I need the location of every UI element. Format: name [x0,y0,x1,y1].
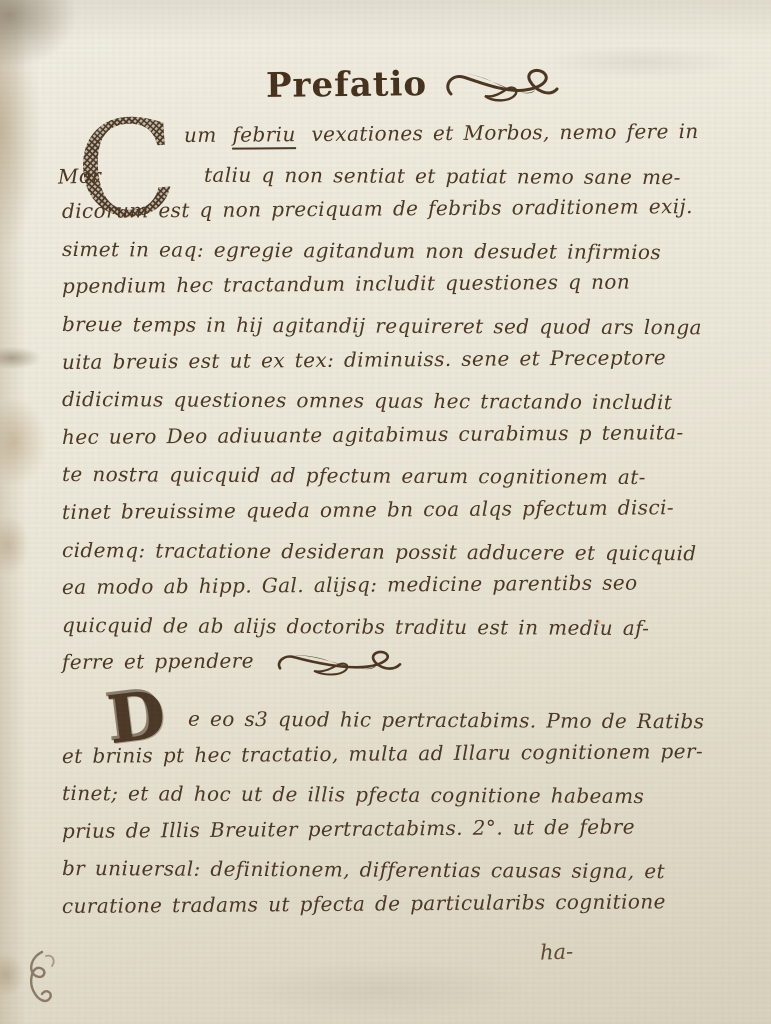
paragraph-prefatio-body: C Mor um febriu vexationes et Morbos, ne… [62,118,722,682]
manuscript-line: ppendium hec tractandum includit questio… [62,263,722,306]
underlined-word: febriu [232,122,295,149]
manuscript-page: Prefatio C Mor um febriu vexationes et M… [0,0,771,1024]
knot-flourish-icon [441,62,561,108]
manuscript-line: dicorum est q non preciquam de febribs o… [62,188,722,231]
manuscript-line: hec uero Deo adiuuante agitabimus curabi… [62,414,722,457]
corner-scribble-mark [22,948,64,1012]
title-row: Prefatio [266,62,561,108]
page-title: Prefatio [266,64,427,106]
line-text: um [184,123,227,147]
knot-flourish-small-icon [274,645,404,678]
manuscript-line: ea modo ab hipp. Gal. alijsq: medicine p… [62,564,722,607]
manuscript-line: um febriu vexationes et Morbos, nemo fer… [62,113,722,156]
manuscript-line: et brinis pt hec tractatio, multa ad Ill… [62,732,722,775]
line-text: vexationes et Morbos, nemo fere in [302,119,699,146]
manuscript-line: ferre et ppendere [62,639,722,682]
manuscript-line: tinet breuissime queda omne bn coa alqs … [62,489,722,532]
manuscript-line: curatione tradams ut pfecta de particula… [62,883,722,926]
catchword: ha- [540,939,574,964]
line-text: ferre et ppendere [62,649,254,675]
manuscript-line: prius de Illis Breuiter pertractabims. 2… [62,808,722,851]
paragraph-de-eo-body: D e eo s3 quod hic pertractabims. Pmo de… [62,700,722,926]
manuscript-line: uita breuis est ut ex tex: diminuiss. se… [62,338,722,381]
